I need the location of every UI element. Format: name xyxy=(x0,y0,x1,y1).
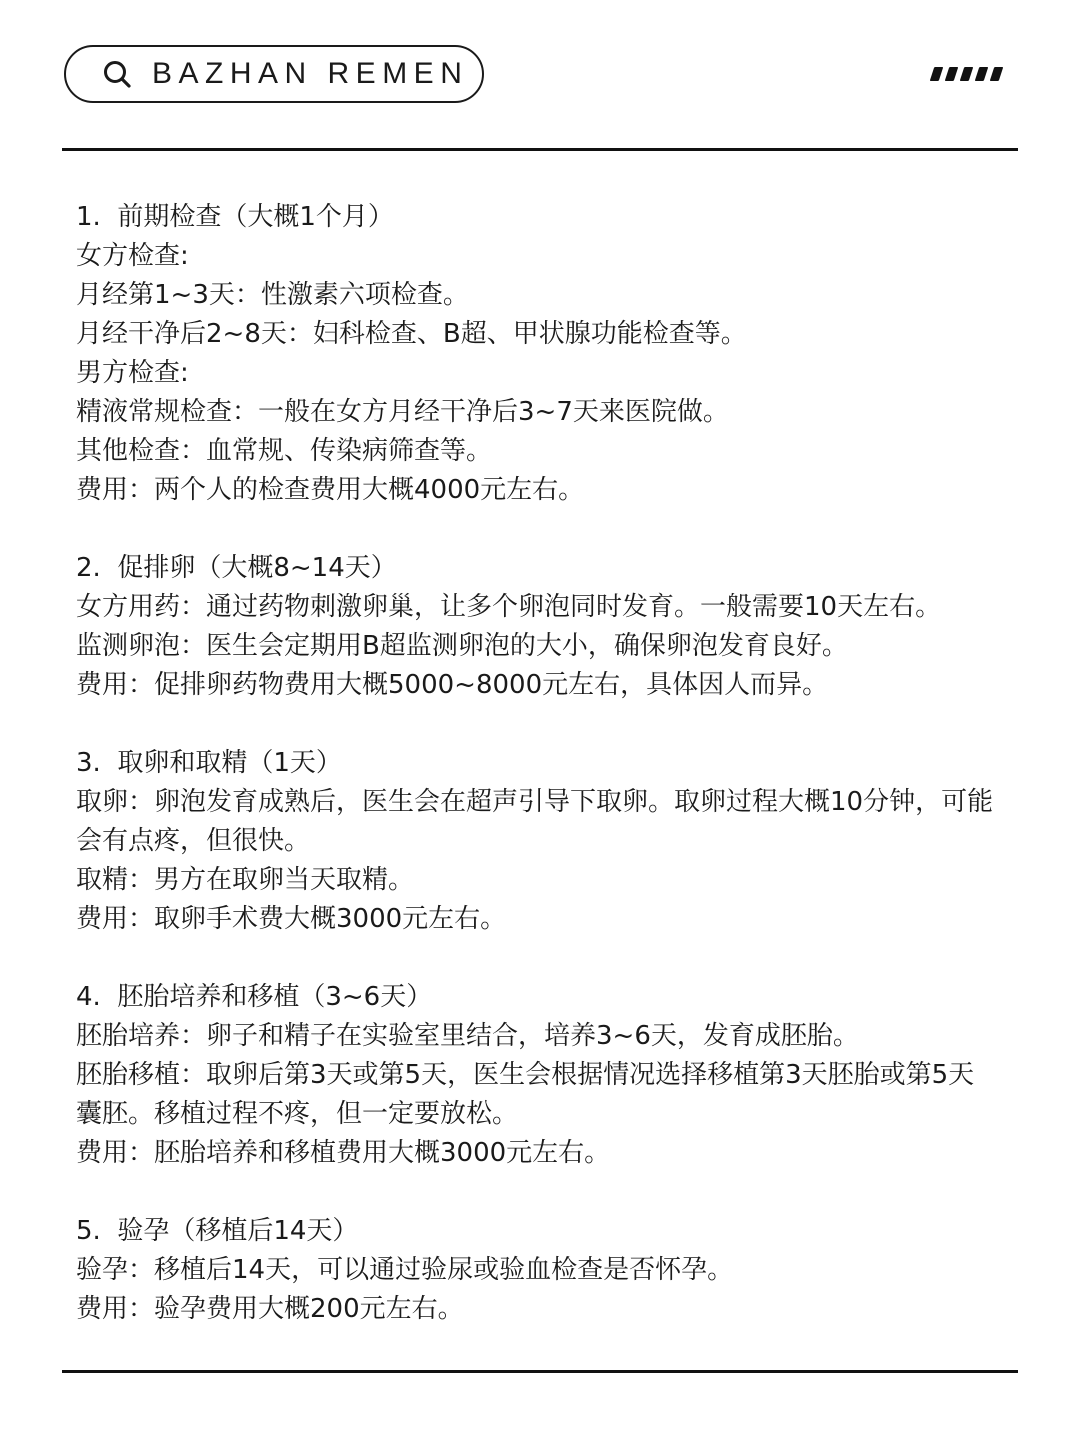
text-line: 精液常规检查：一般在女方月经干净后3~7天来医院做。 xyxy=(76,393,996,432)
section-title: 5. 验孕（移植后14天） xyxy=(76,1212,996,1251)
text-line: 取卵：卵泡发育成熟后，医生会在超声引导下取卵。取卵过程大概10分钟，可能会有点疼… xyxy=(76,783,996,861)
section-egg-sperm-retrieval: 3. 取卵和取精（1天） 取卵：卵泡发育成熟后，医生会在超声引导下取卵。取卵过程… xyxy=(76,744,996,939)
text-line: 验孕：移植后14天，可以通过验尿或验血检查是否怀孕。 xyxy=(76,1251,996,1290)
text-line: 女方用药：通过药物刺激卵巢，让多个卵泡同时发育。一般需要10天左右。 xyxy=(76,588,996,627)
article-body: 1. 前期检查（大概1个月） 女方检查: 月经第1~3天：性激素六项检查。 月经… xyxy=(76,198,996,1368)
text-line: 胚胎培养：卵子和精子在实验室里结合，培养3~6天，发育成胚胎。 xyxy=(76,1017,996,1056)
section-pre-checkup: 1. 前期检查（大概1个月） 女方检查: 月经第1~3天：性激素六项检查。 月经… xyxy=(76,198,996,510)
text-line: 费用：验孕费用大概200元左右。 xyxy=(76,1290,996,1329)
section-title: 1. 前期检查（大概1个月） xyxy=(76,198,996,237)
dash-icon xyxy=(945,67,959,81)
text-line: 费用：促排卵药物费用大概5000~8000元左右，具体因人而异。 xyxy=(76,666,996,705)
text-line: 费用：取卵手术费大概3000元左右。 xyxy=(76,900,996,939)
text-line: 其他检查：血常规、传染病筛查等。 xyxy=(76,432,996,471)
section-embryo-culture-transfer: 4. 胚胎培养和移植（3~6天） 胚胎培养：卵子和精子在实验室里结合，培养3~6… xyxy=(76,978,996,1173)
search-icon xyxy=(102,59,132,89)
dash-icon xyxy=(990,67,1004,81)
text-line: 费用：胚胎培养和移植费用大概3000元左右。 xyxy=(76,1134,996,1173)
dash-icon xyxy=(930,67,944,81)
section-ovulation-induction: 2. 促排卵（大概8~14天） 女方用药：通过药物刺激卵巢，让多个卵泡同时发育。… xyxy=(76,549,996,705)
search-text: BAZHAN REMEN xyxy=(152,57,468,91)
text-line: 男方检查: xyxy=(76,354,996,393)
top-divider xyxy=(62,148,1018,151)
section-pregnancy-test: 5. 验孕（移植后14天） 验孕：移植后14天，可以通过验尿或验血检查是否怀孕。… xyxy=(76,1212,996,1329)
text-line: 费用：两个人的检查费用大概4000元左右。 xyxy=(76,471,996,510)
section-title: 2. 促排卵（大概8~14天） xyxy=(76,549,996,588)
text-line: 监测卵泡：医生会定期用B超监测卵泡的大小，确保卵泡发育良好。 xyxy=(76,627,996,666)
dash-icon xyxy=(975,67,989,81)
text-line: 取精：男方在取卵当天取精。 xyxy=(76,861,996,900)
search-bar[interactable]: BAZHAN REMEN xyxy=(64,45,484,103)
dash-icon xyxy=(960,67,974,81)
text-line: 月经第1~3天：性激素六项检查。 xyxy=(76,276,996,315)
menu-dashes-icon[interactable] xyxy=(932,67,1001,81)
text-line: 胚胎移植：取卵后第3天或第5天，医生会根据情况选择移植第3天胚胎或第5天囊胚。移… xyxy=(76,1056,996,1134)
section-title: 4. 胚胎培养和移植（3~6天） xyxy=(76,978,996,1017)
bottom-divider xyxy=(62,1370,1018,1373)
text-line: 月经干净后2~8天：妇科检查、B超、甲状腺功能检查等。 xyxy=(76,315,996,354)
text-line: 女方检查: xyxy=(76,237,996,276)
section-title: 3. 取卵和取精（1天） xyxy=(76,744,996,783)
